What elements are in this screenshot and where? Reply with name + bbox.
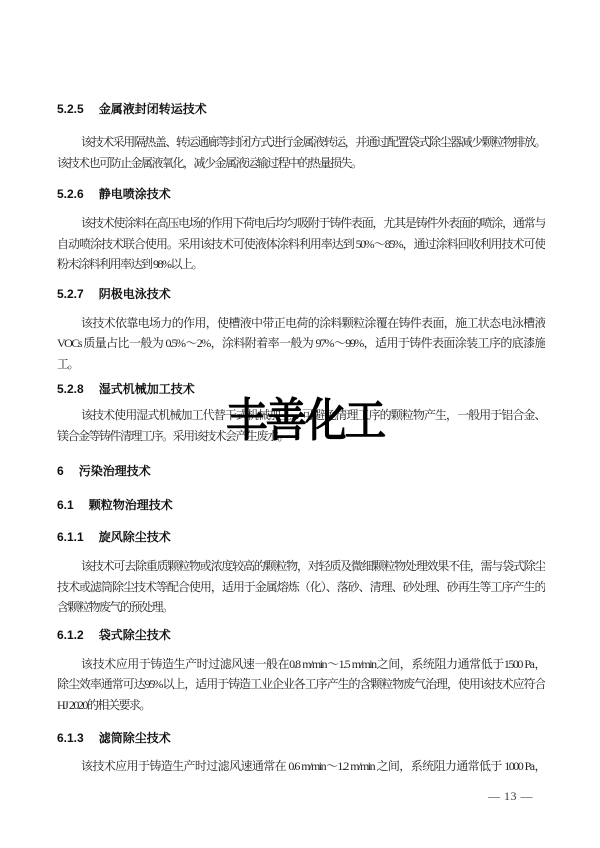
paragraph-line: 该技术应用于铸造生产时过滤风速通常在 0.6 m/min～1.2 m/min 之…	[57, 756, 545, 777]
heading-number: 5.2.5	[57, 102, 84, 117]
section-heading-6-1-2: 6.1.2袋式除尘技术	[57, 628, 545, 643]
paragraph-6-1-3: 该技术应用于铸造生产时过滤风速通常在 0.6 m/min～1.2 m/min 之…	[57, 756, 545, 777]
paragraph-line: 该技术依靠电场力的作用，使槽液中带正电荷的涂料颗粒涂覆在铸件表面，施工状态电泳槽…	[57, 313, 545, 334]
watermark: 丰善化工	[226, 394, 384, 446]
heading-title: 滤筒除尘技术	[99, 731, 171, 745]
paragraph-line: 该技术采用隔热盖、转运通廊等封闭方式进行金属液转运，并通过配置袋式除尘器减少颗粒…	[57, 132, 545, 153]
heading-number: 6	[57, 464, 64, 479]
paragraph-5-2-7: 该技术依靠电场力的作用，使槽液中带正电荷的涂料颗粒涂覆在铸件表面，施工状态电泳槽…	[57, 313, 545, 375]
heading-title: 金属液封闭转运技术	[99, 102, 207, 116]
section-heading-5-2-6: 5.2.6静电喷涂技术	[57, 187, 545, 202]
paragraph-5-2-6: 该技术使涂料在高压电场的作用下荷电后均匀吸附于铸件表面，尤其是铸件外表面的喷涂，…	[57, 213, 545, 275]
heading-title: 袋式除尘技术	[99, 628, 171, 642]
heading-title: 阴极电泳技术	[99, 287, 171, 301]
paragraph-line: 除尘效率通常可达95%以上，适用于铸造工业企业各工序产生的含颗粒物废气治理，使用…	[57, 674, 545, 695]
heading-title: 颗粒物治理技术	[89, 498, 173, 512]
heading-title: 旋风除尘技术	[99, 530, 171, 544]
heading-number: 5.2.6	[57, 187, 84, 202]
paragraph-line: 该技术使涂料在高压电场的作用下荷电后均匀吸附于铸件表面，尤其是铸件外表面的喷涂，…	[57, 213, 545, 234]
section-heading-6: 6污染治理技术	[57, 464, 545, 479]
paragraph-line: 粉末涂料利用率达到 98%以上。	[57, 254, 545, 275]
paragraph-line: 该技术也可防止金属液氧化，减少金属液运输过程中的热量损失。	[57, 153, 545, 174]
heading-title: 污染治理技术	[79, 464, 151, 478]
section-heading-6-1: 6.1颗粒物治理技术	[57, 498, 545, 513]
paragraph-line: 工。	[57, 354, 545, 375]
paragraph-5-2-5: 该技术采用隔热盖、转运通廊等封闭方式进行金属液转运，并通过配置袋式除尘器减少颗粒…	[57, 132, 545, 173]
section-heading-5-2-7: 5.2.7阴极电泳技术	[57, 287, 545, 302]
paragraph-line: 该技术可去除重质颗粒物或浓度较高的颗粒物，对轻质及微细颗粒物处理效果不佳，需与袋…	[57, 556, 545, 577]
paragraph-line: 技术或滤筒除尘技术等配合使用，适用于金属熔炼（化）、落砂、清理、砂处理、砂再生等…	[57, 577, 545, 598]
heading-title: 湿式机械加工技术	[99, 382, 195, 396]
heading-number: 6.1.2	[57, 628, 84, 643]
paragraph-line: 该技术应用于铸造生产时过滤风速一般在0.8 m/min～1.5 m/min之间，…	[57, 654, 545, 675]
section-heading-5-2-5: 5.2.5金属液封闭转运技术	[57, 102, 545, 117]
paragraph-line: HJ 2020的相关要求。	[57, 695, 545, 716]
section-heading-6-1-3: 6.1.3滤筒除尘技术	[57, 731, 545, 746]
section-heading-6-1-1: 6.1.1旋风除尘技术	[57, 530, 545, 545]
heading-number: 6.1.3	[57, 731, 84, 746]
paragraph-6-1-2: 该技术应用于铸造生产时过滤风速一般在0.8 m/min～1.5 m/min之间，…	[57, 654, 545, 716]
heading-number: 6.1.1	[57, 530, 84, 545]
heading-title: 静电喷涂技术	[99, 187, 171, 201]
heading-number: 5.2.8	[57, 382, 84, 397]
paragraph-line: 自动喷涂技术联合使用。采用该技术可使液体涂料利用率达到 50%～85%，通过涂料…	[57, 234, 545, 255]
paragraph-line: VOCs 质量占比一般为 0.5%～2%，涂料附着率一般为 97%～99%，适用…	[57, 333, 545, 354]
paragraph-line: 含颗粒物废气的预处理。	[57, 597, 545, 618]
heading-number: 5.2.7	[57, 287, 84, 302]
page-number: — 13 —	[57, 788, 533, 804]
heading-number: 6.1	[57, 498, 74, 513]
paragraph-6-1-1: 该技术可去除重质颗粒物或浓度较高的颗粒物，对轻质及微细颗粒物处理效果不佳，需与袋…	[57, 556, 545, 618]
